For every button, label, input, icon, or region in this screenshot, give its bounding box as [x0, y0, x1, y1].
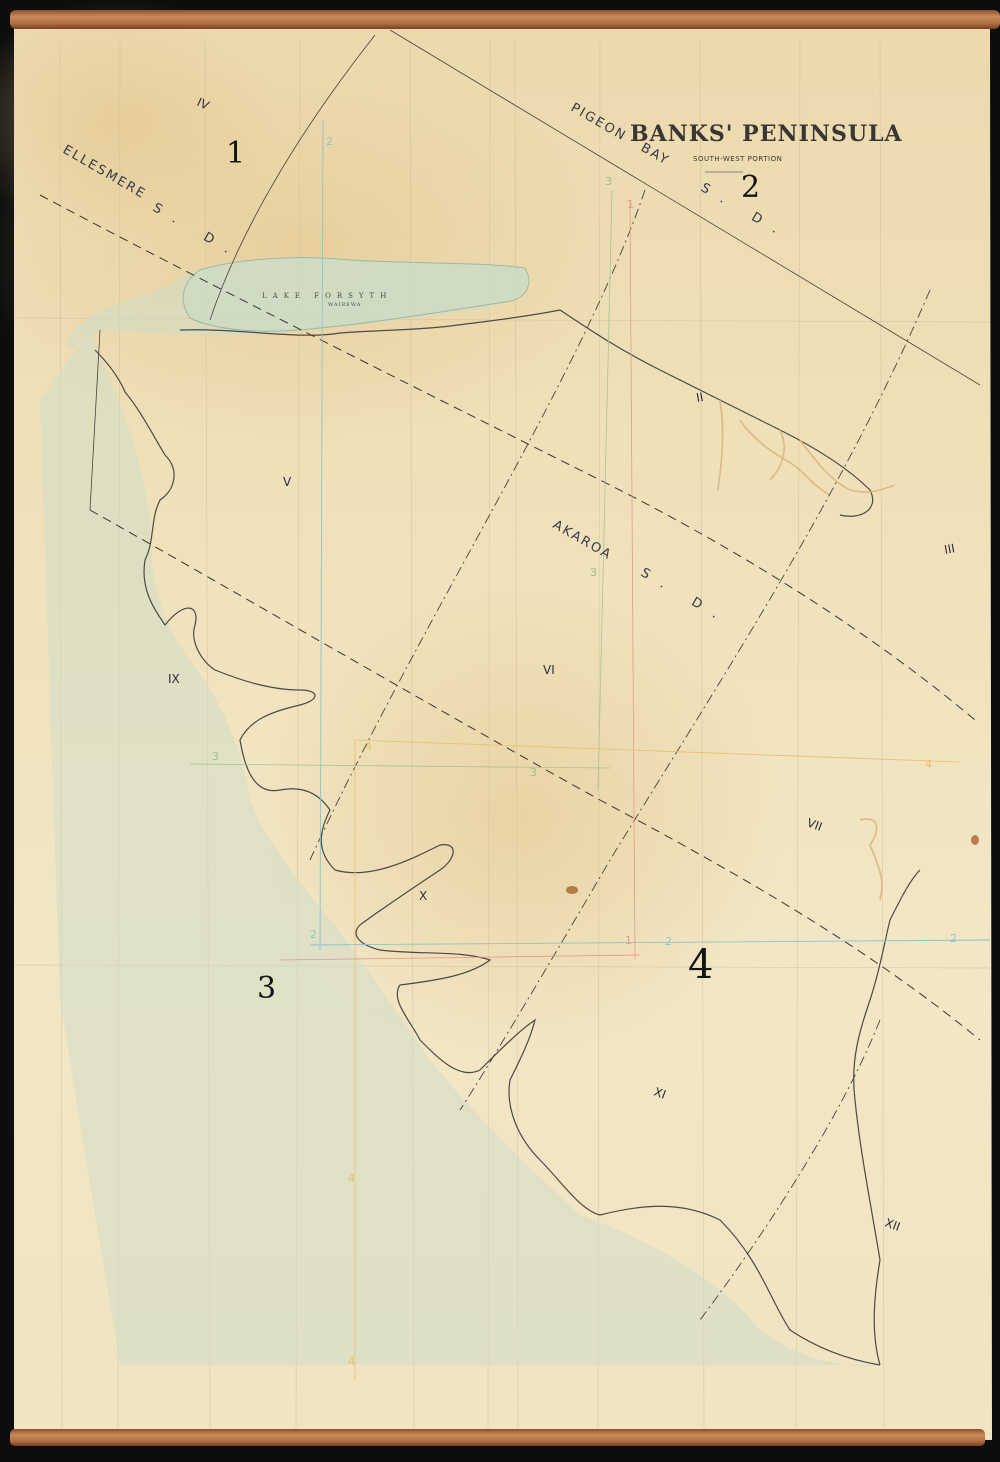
map-subtitle: SOUTH-WEST PORTION	[693, 155, 782, 163]
grid-num-cyan: 2	[326, 135, 333, 148]
sheet-number-1: 1	[226, 136, 245, 171]
top-rod	[10, 10, 1000, 29]
stain	[971, 835, 979, 845]
grid-num-cyan: 2	[310, 928, 317, 941]
grid-num-green: 3	[605, 175, 612, 188]
block-ix: IX	[168, 672, 180, 686]
lake-label: LAKE FORSYTH	[262, 292, 392, 300]
grid-num-red: 1	[627, 198, 634, 211]
grid-num-orange: 4	[348, 1172, 355, 1185]
grid-num-green: 3	[590, 566, 597, 579]
grid-num-orange: 4	[365, 740, 372, 753]
grid-num-green: 3	[212, 750, 219, 763]
block-x: X	[419, 889, 427, 903]
map-canvas: LAKE FORSYTH WAIREWA BANKS' PE	[0, 0, 1000, 1462]
bottom-rod	[10, 1429, 985, 1446]
lake-sublabel: WAIREWA	[328, 302, 361, 308]
grid-num-orange: 4	[925, 758, 932, 771]
block-v: V	[283, 475, 292, 489]
grid-num-green: 3	[530, 766, 537, 779]
map-title: BANKS' PENINSULA	[630, 121, 903, 147]
grid-num-orange: 4	[348, 1355, 355, 1368]
sheet-number-2: 2	[741, 170, 760, 205]
grid-num-red: 1	[625, 934, 632, 947]
block-vi: VI	[543, 663, 555, 677]
grid-num-cyan: 2	[950, 932, 957, 945]
grid-num-cyan: 2	[665, 935, 672, 948]
sheet-number-3: 3	[257, 971, 276, 1006]
sheet-number-4: 4	[688, 942, 713, 988]
stain	[566, 886, 578, 894]
